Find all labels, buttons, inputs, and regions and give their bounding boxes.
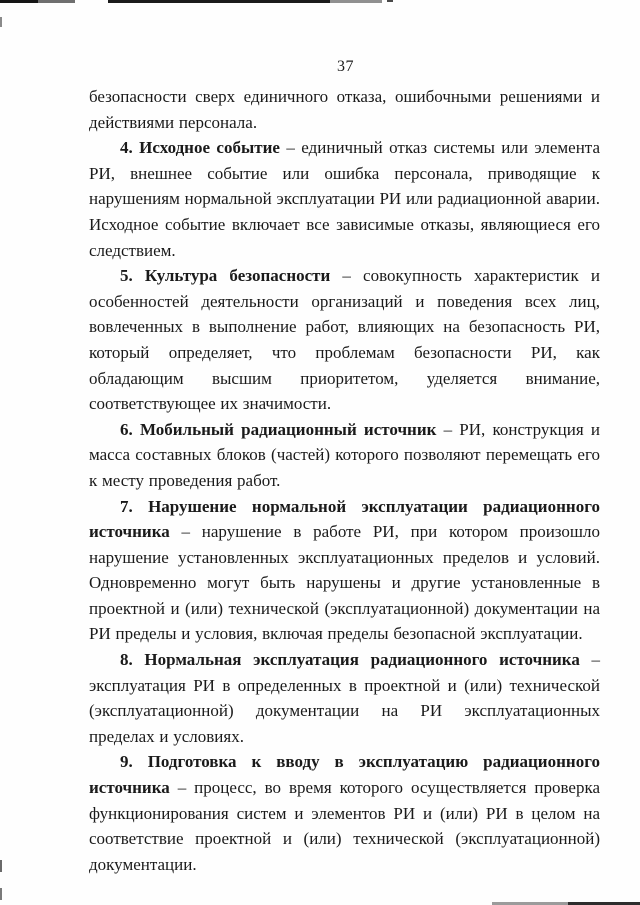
scanned-document-page: { "page": { "number": "37", "paragraphs"…: [0, 0, 640, 905]
paragraph-definition-6: 6. Мобильный радиационный источник – РИ,…: [89, 417, 600, 494]
term-kultura-bezopasnosti: 5. Культура безопасности: [120, 266, 330, 285]
scan-artifact-left-1: [0, 17, 2, 27]
scan-artifact-left-3: [0, 888, 2, 900]
scan-artifact-top-4: [330, 0, 382, 3]
paragraph-definition-4: 4. Исходное событие – единичный отказ си…: [89, 135, 600, 263]
paragraph-definition-8: 8. Нормальная эксплуатация радиационного…: [89, 647, 600, 749]
page-content: безопасности сверх единичного отказа, ош…: [89, 84, 600, 877]
paragraph-definition-9: 9. Подготовка к вводу в эксплуатацию рад…: [89, 749, 600, 877]
scan-artifact-top-5: [387, 0, 393, 2]
page-number: 37: [90, 58, 601, 76]
paragraph-continuation: безопасности сверх единичного отказа, ош…: [89, 84, 600, 135]
scan-artifact-top-1: [0, 0, 38, 3]
scan-artifact-top-2: [38, 0, 75, 3]
paragraph-body: безопасности сверх единичного отказа, ош…: [89, 87, 600, 132]
term-normalnaya-ekspluatatsiya: 8. Нормальная эксплуатация радиационного…: [120, 650, 580, 669]
document-sheet: 37 безопасности сверх единичного отказа,…: [0, 0, 640, 905]
scan-artifact-left-2: [0, 860, 2, 872]
scan-artifact-top-3: [108, 0, 330, 3]
term-mobilny-istochnik: 6. Мобильный радиационный источник: [120, 420, 436, 439]
paragraph-definition-7: 7. Нарушение нормальной эксплуатации рад…: [89, 494, 600, 648]
paragraph-body: – совокупность характеристик и особеннос…: [89, 266, 600, 413]
paragraph-definition-5: 5. Культура безопасности – совокупность …: [89, 263, 600, 417]
term-ishodnoe-sobytie: 4. Исходное событие: [120, 138, 280, 157]
